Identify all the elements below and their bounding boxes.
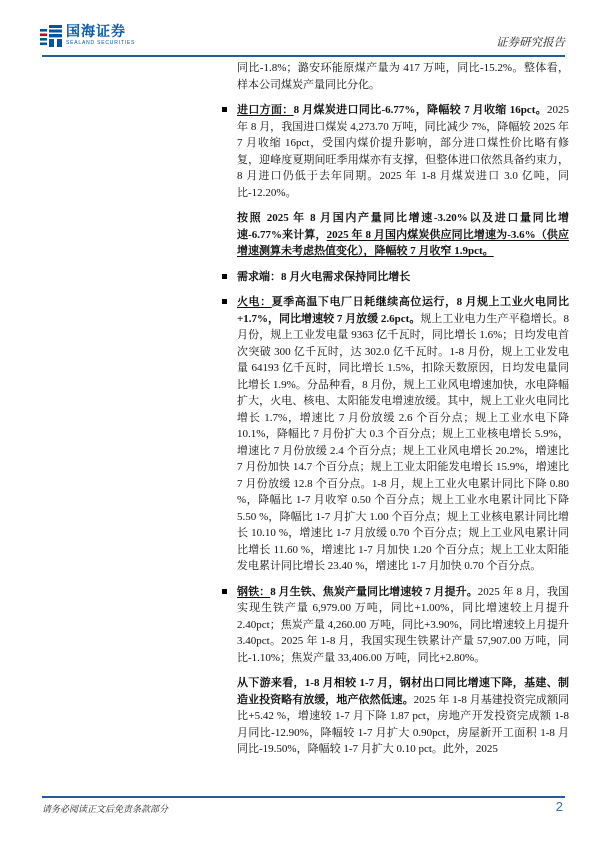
bullet-item: 需求端：8 月火电需求保持同比增长 bbox=[222, 269, 569, 286]
text-segment: 8 月生铁、焦炭产量同比增速较 7 月提升。 bbox=[270, 586, 478, 598]
company-name-cn: 国海证券 bbox=[66, 24, 135, 38]
paragraph: 同比-1.8%；潞安环能原煤产量为 417 万吨，同比-15.2%。整体看，样本… bbox=[222, 60, 569, 93]
page-header: 国海证券 SEALAND SECURITIES 证券研究报告 bbox=[40, 22, 565, 54]
text-segment: 火电： bbox=[237, 296, 272, 308]
company-name-en: SEALAND SECURITIES bbox=[66, 41, 135, 46]
footer-divider bbox=[42, 796, 565, 798]
text-segment: 进口方面： bbox=[237, 104, 294, 116]
bullet-square-icon bbox=[222, 299, 227, 304]
paragraph: 从下游来看，1-8 月相较 1-7 月，钢材出口同比增速下降，基建、制造业投资略… bbox=[222, 675, 569, 758]
text-segment: 钢铁： bbox=[237, 586, 270, 598]
bullet-square-icon bbox=[222, 589, 227, 594]
text-segment: 需求端：8 月火电需求保持同比增长 bbox=[237, 271, 410, 283]
paragraph: 按照 2025 年 8 月国内产量同比增速-3.20%以及进口量同比增速-6.7… bbox=[222, 210, 569, 260]
header-divider bbox=[42, 55, 565, 57]
report-page: 国海证券 SEALAND SECURITIES 证券研究报告 同比-1.8%；潞… bbox=[0, 0, 595, 841]
text-segment: 同比-1.8%；潞安环能原煤产量为 417 万吨，同比-15.2%。整体看，样本… bbox=[237, 62, 569, 91]
document-body: 同比-1.8%；潞安环能原煤产量为 417 万吨，同比-15.2%。整体看，样本… bbox=[222, 60, 569, 767]
company-logo: 国海证券 SEALAND SECURITIES bbox=[40, 24, 135, 48]
footer-disclaimer: 请务必阅读正文后免责条款部分 bbox=[42, 802, 168, 815]
report-type-label: 证券研究报告 bbox=[496, 34, 565, 50]
bullet-item: 进口方面：8 月煤炭进口同比-6.77%，降幅较 7 月收缩 16pct。202… bbox=[222, 102, 569, 201]
bullet-square-icon bbox=[222, 107, 227, 112]
bullet-square-icon bbox=[222, 274, 227, 279]
text-segment: 8 月煤炭进口同比-6.77%，降幅较 7 月收缩 16pct。 bbox=[294, 104, 547, 116]
page-number: 2 bbox=[556, 799, 563, 814]
text-segment: 2025 年 8 月，我国进口煤炭 4,273.70 万吨，同比减少 7%，降幅… bbox=[237, 104, 569, 199]
sealand-logo-icon bbox=[40, 24, 62, 48]
bullet-item: 钢铁：8 月生铁、焦炭产量同比增速较 7 月提升。2025 年 8 月，我国实现… bbox=[222, 584, 569, 667]
text-segment: 规上工业电力生产平稳增长。8 月份，规上工业发电量 9363 亿千瓦时，同比增长… bbox=[237, 313, 569, 573]
bullet-item: 火电：夏季高温下电厂日耗继续高位运行，8 月规上工业火电同比+1.7%，同比增速… bbox=[222, 294, 569, 575]
